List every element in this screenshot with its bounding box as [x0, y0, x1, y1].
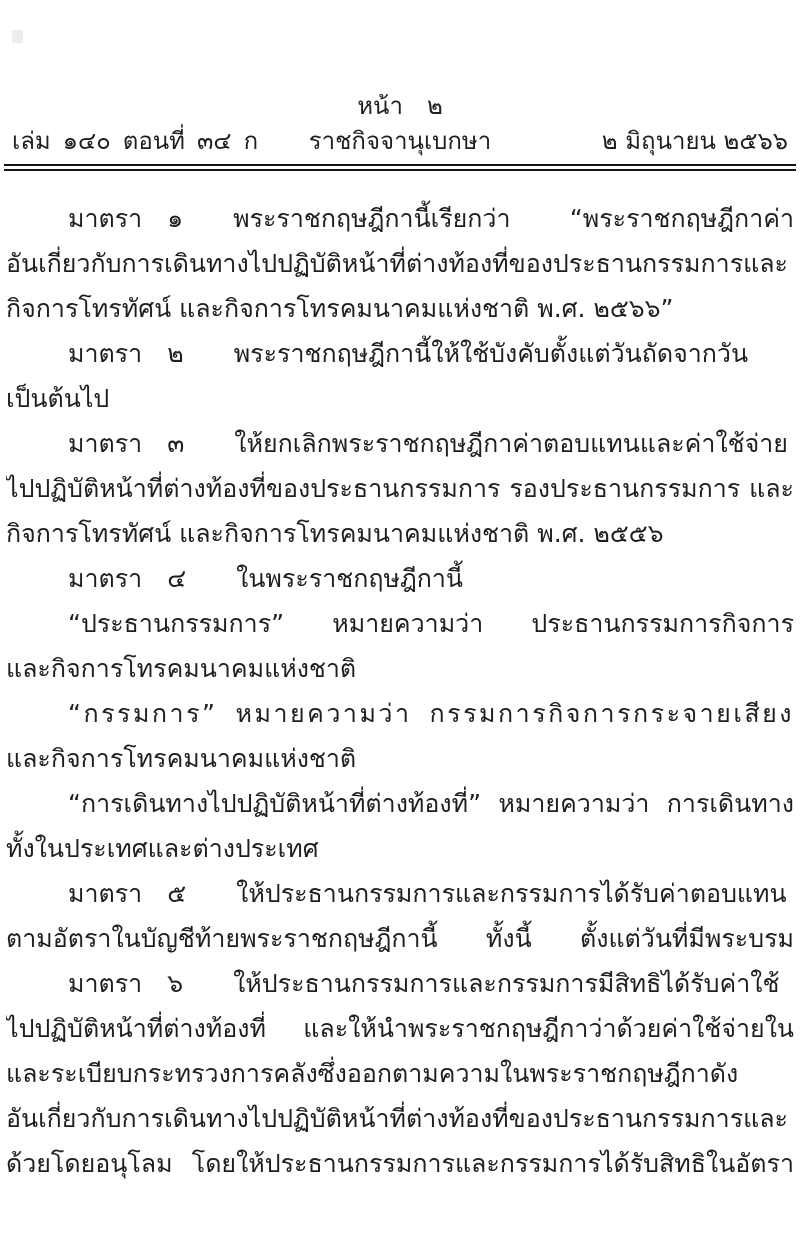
text-line: อันเกี่ยวกับการเดินทางไปปฏิบัติหน้าที่ต่… [6, 1096, 794, 1141]
paragraph-matra-2: มาตรา ๒ พระราชกฤษฎีกานี้ให้ใช้บังคับตั้ง… [6, 331, 794, 421]
text-line: มาตรา ๔ ในพระราชกฤษฎีกานี้ [6, 556, 794, 601]
page-number-label: หน้า ๒ [0, 92, 800, 120]
paragraph-definition-commissioner: “กรรมการ” หมายความว่า กรรมการกิจการกระจา… [6, 691, 794, 781]
text-line: อันเกี่ยวกับการเดินทางไปปฏิบัติหน้าที่ต่… [6, 241, 794, 286]
text-line: มาตรา ๖ ให้ประธานกรรมการและกรรมการมีสิทธ… [6, 961, 794, 1006]
text-line: กิจการโทรทัศน์ และกิจการโทรคมนาคมแห่งชาต… [6, 511, 794, 556]
text-line: “การเดินทางไปปฏิบัติหน้าที่ต่างท้องที่” … [6, 781, 794, 826]
paragraph-matra-4: มาตรา ๔ ในพระราชกฤษฎีกานี้ [6, 556, 794, 601]
paragraph-matra-6: มาตรา ๖ ให้ประธานกรรมการและกรรมการมีสิทธ… [6, 961, 794, 1186]
publication-date: ๒ มิถุนายน ๒๕๖๖ [602, 126, 788, 156]
double-rule-divider [4, 164, 796, 171]
paragraph-definition-travel: “การเดินทางไปปฏิบัติหน้าที่ต่างท้องที่” … [6, 781, 794, 871]
gazette-page: หน้า ๒ เล่ม ๑๔๐ ตอนที่ ๓๔ ก ราชกิจจานุเบ… [0, 0, 800, 1249]
scan-artifact-mark [12, 30, 23, 43]
header-row: เล่ม ๑๔๐ ตอนที่ ๓๔ ก ราชกิจจานุเบกษา ๒ ม… [0, 126, 800, 156]
text-line: และกิจการโทรคมนาคมแห่งชาติ [6, 646, 794, 691]
paragraph-matra-5: มาตรา ๕ ให้ประธานกรรมการและกรรมการได้รับ… [6, 871, 794, 961]
text-line: เป็นต้นไป [6, 376, 794, 421]
paragraph-matra-3: มาตรา ๓ ให้ยกเลิกพระราชกฤษฎีกาค่าตอบแทนแ… [6, 421, 794, 556]
text-line: ไปปฏิบัติหน้าที่ต่างท้องที่ และให้นำพระร… [6, 1006, 794, 1051]
text-line: มาตรา ๑ พระราชกฤษฎีกานี้เรียกว่า “พระราช… [6, 196, 794, 241]
paragraph-matra-1: มาตรา ๑ พระราชกฤษฎีกานี้เรียกว่า “พระราช… [6, 196, 794, 331]
text-line: และระเบียบกระทรวงการคลังซึ่งออกตามความใน… [6, 1051, 794, 1096]
text-line: มาตรา ๒ พระราชกฤษฎีกานี้ให้ใช้บังคับตั้ง… [6, 331, 794, 376]
text-line: ตามอัตราในบัญชีท้ายพระราชกฤษฎีกานี้ ทั้ง… [6, 916, 794, 961]
text-line: “กรรมการ” หมายความว่า กรรมการกิจการกระจา… [6, 691, 794, 736]
text-line: ด้วยโดยอนุโลม โดยให้ประธานกรรมการและกรรม… [6, 1141, 794, 1186]
text-line: ทั้งในประเทศและต่างประเทศ [6, 826, 794, 871]
text-line: กิจการโทรทัศน์ และกิจการโทรคมนาคมแห่งชาต… [6, 286, 794, 331]
document-body: มาตรา ๑ พระราชกฤษฎีกานี้เรียกว่า “พระราช… [0, 196, 800, 1186]
paragraph-definition-chairman: “ประธานกรรมการ” หมายความว่า ประธานกรรมกา… [6, 601, 794, 691]
text-line: “ประธานกรรมการ” หมายความว่า ประธานกรรมกา… [6, 601, 794, 646]
text-line: ไปปฏิบัติหน้าที่ต่างท้องที่ของประธานกรรม… [6, 466, 794, 511]
text-line: มาตรา ๕ ให้ประธานกรรมการและกรรมการได้รับ… [6, 871, 794, 916]
text-line: มาตรา ๓ ให้ยกเลิกพระราชกฤษฎีกาค่าตอบแทนแ… [6, 421, 794, 466]
text-line: และกิจการโทรคมนาคมแห่งชาติ [6, 736, 794, 781]
page-header: หน้า ๒ เล่ม ๑๔๐ ตอนที่ ๓๔ ก ราชกิจจานุเบ… [0, 0, 800, 156]
